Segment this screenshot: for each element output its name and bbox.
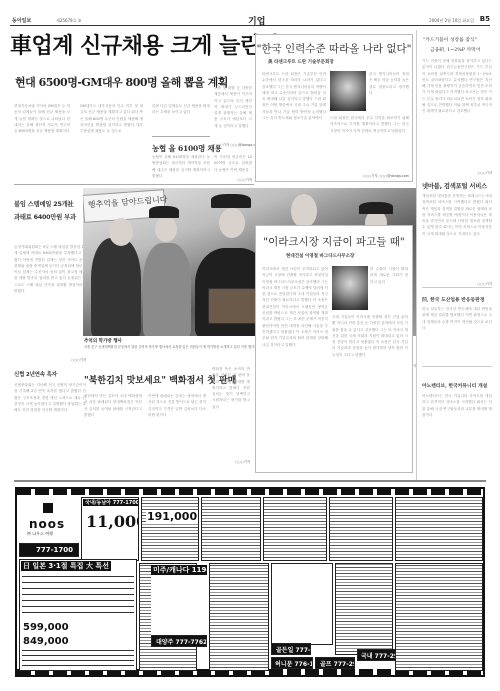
nh-headline: 농협 올 6100명 채용 [152,143,222,154]
interview-box-bottom: "이라크시장 지금이 파고들 때" 현대건설 이영철 바그다드사무소장 이라크에… [255,225,413,473]
divider [152,136,210,137]
noos-subtitle: ㈜ 나우스 여행 [27,531,53,537]
price-table [22,572,134,616]
column-divider [416,30,417,480]
student-cap [149,206,179,218]
ad-mid-title: 국내/동남아 777-1700 [83,499,139,506]
oceania-label: 대양주 777-7762 [154,637,207,646]
person-face [155,216,177,242]
interview-bottom-body-2: 한 수출의 시장이 확대되며 새로운 기회가 열리고 있다 [370,266,408,310]
divider [14,184,254,185]
right-item1-subtitle: 금융硏, 1~2%P 까먹어 [430,46,480,53]
kimchi-body-2: 이번에 판매되는 김치는 평양에서 생산된 것으로 전통 방식으로 담근 것이 … [148,393,206,451]
ad-noos[interactable]: noos ㈜ 나우스 여행 [19,497,79,541]
kimchi-body-1: 북한에서 만든 김치가 국내 백화점에서 처음 판매된다 현대백화점은 북한산 … [84,393,142,451]
ad-top-col6[interactable] [395,497,483,561]
japan-label: 日 일본 3·1절 특집 [21,561,86,571]
issue-date: 2004년 2월 10일 화요일 [429,18,474,24]
right-item1-title: "카드거품이 성장률 잠식" [423,36,477,43]
ad-japan-china[interactable]: 日 일본 3·1절 특집 大 특선 599,000 849,000 [19,559,137,671]
ad-top-col3[interactable] [201,497,261,561]
student-cap [359,202,393,214]
interview-bottom-body-1: 이라크에서 재건 사업이 본격화되고 있어 지금이 시장에 진출할 적기라고 현… [262,266,328,466]
left-story1-head: 불임 스템메일 25개社 [14,199,74,208]
left-story1-byline: ○○○기자 [14,357,86,362]
section-title: 기업 [248,14,265,27]
nh-body: 농협이 올해 6100명을 채용한다 농협중앙회는 정규직과 계약직을 포함해 … [152,154,210,178]
student-cap [211,194,251,208]
golf-label: 골프 777-2929 [318,659,355,668]
photo-caption-title: 추억의 학가방 행사 [84,338,122,344]
interview-bottom-body-3: 국내 기업들이 이라크에 진출할 경우 건설 분야뿐 아니라 전력 통신 등 다… [332,314,408,464]
masthead: 동아일보 제25679호 ③ 기업 2004년 2월 10일 화요일 B5 [10,14,490,26]
ad-right-price: 191,000 [146,510,198,523]
ad-mid-col4[interactable] [271,563,333,645]
ad-golden[interactable]: 골든일 777-2929 [271,643,311,655]
china-label: 大 특선 [84,561,111,571]
person-silhouette [143,243,191,336]
person-face [291,194,317,228]
lead-body-col-1: 현대자동차와 기아차 GM대우 등 자동차 업체들이 올해 신규 채용을 크게 … [14,103,70,175]
interviewee-portrait [330,71,366,111]
lead-body-col-2: GM대우도 대우자동차 인수 이후 첫 대규모 신규 채용을 계획하고 있다 회… [80,103,143,175]
right-item2-body: 게임포털 넷마블을 운영하는 플레너스는 9일 검색포털 서비스를 시작했다고 … [422,193,492,278]
ads-divider [14,480,486,482]
ad-top-col4[interactable] [263,497,327,561]
person-face [219,208,245,238]
ad-noos-phone[interactable]: 777-1700 [19,543,79,557]
divider [422,366,492,367]
interview-box-top: "한국 인력수준 따라올 나라 없다" 美 타센크루트 드란 기술부문회장 타센… [255,34,413,182]
lead-body-col-4: 고졸 및 대졸 등 다양한 계층에서 채용이 이루어지고 있으며 특히 생산직 … [214,85,252,138]
school-bag [208,288,258,324]
kimchi-byline: ○○○기자 [212,459,250,464]
right-item1-byline: ○○○기자 [422,170,492,175]
travel-ads-block: noos ㈜ 나우스 여행 777-1700 국내/동남아 777-1700 1… [15,487,485,677]
ad-domestic-sea[interactable]: 국내/동남아 777-1700 11,000 [81,497,139,561]
ad-golf[interactable]: 골프 777-2929 [315,657,355,669]
interview-title: "한국 인력수준 따라올 나라 없다" [256,41,412,56]
right-item2-byline: ○○○기자 [422,281,492,286]
right-item3-body: 미국 상무부는 한국산 반도체에 대한 반덤핑 관세 재심 결과를 발표했다 이… [422,306,492,362]
left-story2-body: 신협중앙회는 지난해 전국 신협이 당기순이익을 기록해 2년 연속 흑자를 냈… [14,382,86,462]
americas-label: 미주/캐나다 119-1113 [151,565,207,575]
interview-body-2: 한국 엔지니어들의 장점은 빠른 학습 능력과 높은 업무 집중도라고 평가했다 [369,71,409,111]
noos-logo: noos [29,517,65,531]
price-list [22,650,134,668]
right-item4-body: 아노텐티브는 한국 커뮤니티 사이트를 개설하고 본격적인 서비스를 시작했다 … [422,393,492,437]
right-item2-title: 넷마블, 검색포털 서비스 [422,181,487,190]
left-story2-head: 신협 2년연속 흑자 [14,370,57,378]
page-number: B5 [480,15,490,23]
interview-body-3: 드란 회장은 한국에서 우수 인력을 확보하기 위해 지속적으로 투자할 계획이… [330,115,409,170]
ad-top-col5[interactable] [329,497,393,561]
ad-mid-col3[interactable] [209,563,269,671]
nh-byline: ○○○기자 [214,177,252,182]
honeymoon-label: 허니문 776-1116 [273,659,313,668]
ad-mid-col5[interactable] [335,563,393,655]
ads-border-top [17,489,483,495]
person-silhouette [91,238,141,336]
person-face [109,218,133,246]
ad-price-2: 849,000 [22,636,70,647]
right-item3-title: 凹, 한국 도산업용 반응동판정 [422,296,484,303]
right-item4-title: 아노텐티브, 한국커뮤니티 개설 [422,382,487,389]
kimchi-body-3: 백화점 측은 소비자 반응을 지켜본 뒤 판매 품목과 매장을 확대할 계획이라… [212,366,250,456]
interview-body-1: 타센크루트 드란 회장은 기술부문 인력 수준에서 한국을 따라올 나라가 없다… [262,71,326,176]
golden-label: 골든일 777-2929 [274,645,311,654]
interview-subtitle: 美 타센크루트 드란 기술부문회장 [268,59,334,65]
interview-byline: ○○○기자 ○○○@donga.com [330,173,409,178]
interview-bottom-title: "이라크시장 지금이 파고들 때" [256,234,412,249]
ad-americas[interactable]: 미주/캐나다 119-1113 [151,565,207,635]
noos-mark-icon [43,503,53,513]
interview-bottom-subtitle: 현대건설 이영철 바그다드사무소장 [286,253,354,259]
divider [422,287,492,288]
lead-headline: 車업계 신규채용 크게 늘린다 [10,29,281,60]
ad-honeymoon[interactable]: 허니문 776-1116 [271,657,313,669]
issue-number: 제25679호 ③ [56,18,81,24]
lead-subhead: 현대 6500명-GM대우 800명 올해 뽑을 계획 [15,74,228,90]
interviewee-portrait-2 [332,266,368,310]
right-item1-body: 카드 거품이 경제 성장률을 잠식하고 있다는 분석이 나왔다 한국금융연구원은… [422,58,492,166]
nh-body-2: 이 가운데 정규직은 1000여명 규모로 알려졌다 농협은 이번 채용을 [214,154,252,174]
left-story1-sub: 과태료 6400만원 부과 [14,212,76,221]
noos-phone: 777-1700 [34,546,75,554]
lead-body-col-3: 한편 다른 업체들도 신규 채용을 확대하는 추세를 보이고 있다 [152,103,210,123]
ad-mid-col6[interactable] [395,563,483,671]
left-story1-body: 공정거래위원회는 9일 스팸 메일을 발송한 25개 업체에 과태료 6400만… [14,244,86,354]
ad-mid-price: 11,000 [86,512,139,531]
ad-oceania[interactable]: 대양주 777-7762 [151,635,207,647]
paper-name: 동아일보 [12,17,31,24]
ad-price-1: 599,000 [22,622,70,633]
ad-special-price[interactable]: 191,000 [141,497,199,561]
